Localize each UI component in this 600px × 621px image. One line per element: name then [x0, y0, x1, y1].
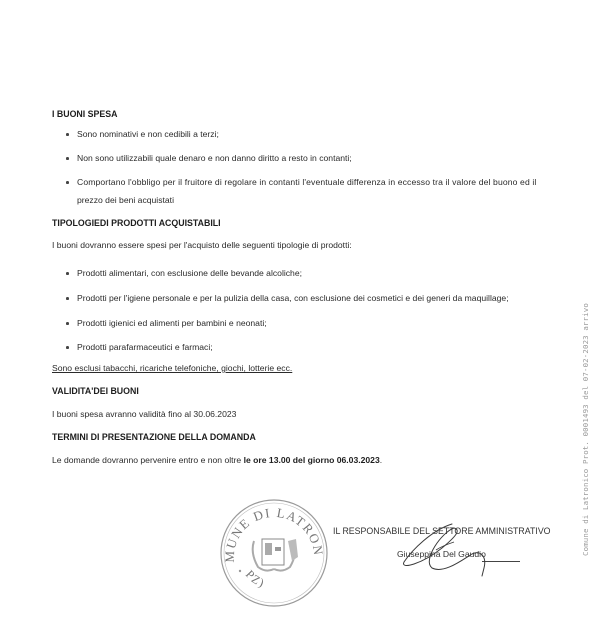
termini-text-plain: Le domande dovranno pervenire entro e no… [52, 455, 244, 465]
termini-deadline: le ore 13.00 del giorno 06.03.2023 [244, 455, 380, 465]
official-stamp-icon: COMUNE DI LATRONICO (PZ) [218, 497, 330, 609]
bullet-icon [66, 297, 69, 300]
list-item: Prodotti alimentari, con esclusione dell… [77, 269, 302, 278]
bullet-icon [66, 181, 69, 184]
heading-validita: VALIDITA'DEI BUONI [52, 387, 139, 396]
validita-text: I buoni spesa avranno validità fino al 3… [52, 410, 236, 419]
list-item: Prodotti igienici ed alimenti per bambin… [77, 319, 267, 328]
list-item-continuation: prezzo dei beni acquistati [77, 196, 174, 205]
bullet-icon [66, 322, 69, 325]
list-item: Comportano l'obbligo per il fruitore di … [77, 178, 536, 187]
list-item: Prodotti per l'igiene personale e per la… [77, 294, 509, 303]
termini-text: Le domande dovranno pervenire entro e no… [52, 456, 382, 465]
bullet-icon [66, 157, 69, 160]
bullet-icon [66, 272, 69, 275]
list-item: Prodotti parafarmaceutici e farmaci; [77, 343, 213, 352]
tipologie-intro: I buoni dovranno essere spesi per l'acqu… [52, 241, 352, 250]
list-item: Non sono utilizzabili quale denaro e non… [77, 154, 352, 163]
heading-tipologie: TIPOLOGIEDI PRODOTTI ACQUISTABILI [52, 219, 221, 228]
bullet-icon [66, 346, 69, 349]
exclusions-note: Sono esclusi tabacchi, ricariche telefon… [52, 364, 292, 373]
termini-text-end: . [380, 455, 382, 465]
heading-termini: TERMINI DI PRESENTAZIONE DELLA DOMANDA [52, 433, 256, 442]
list-item: Sono nominativi e non cedibili a terzi; [77, 130, 219, 139]
heading-buoni-spesa: I BUONI SPESA [52, 110, 118, 119]
stamp-top-text: COMUNE DI LATRONICO [218, 497, 326, 563]
handwritten-signature-icon [392, 520, 492, 578]
protocol-stamp: Comune di Latronico Prot. 0001493 del 07… [582, 303, 589, 556]
bullet-icon [66, 133, 69, 136]
svg-text:COMUNE DI LATRONICO: COMUNE DI LATRONICO [218, 497, 326, 563]
